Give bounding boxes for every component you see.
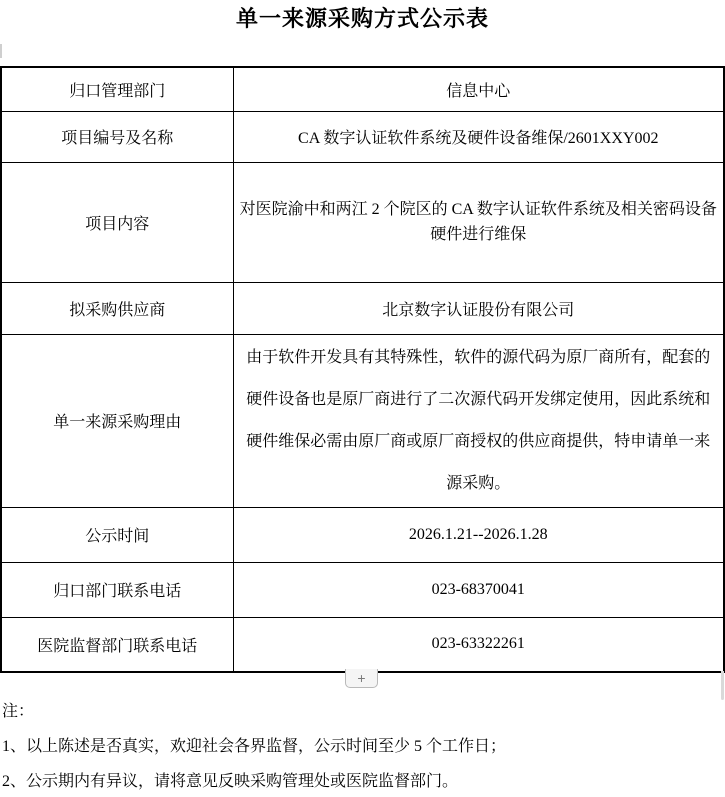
table-row: 公示时间 2026.1.21--2026.1.28 (1, 507, 724, 562)
row-label-publicity-period[interactable]: 公示时间 (1, 507, 233, 562)
row-value-project-content[interactable]: 对医院渝中和两江 2 个院区的 CA 数字认证软件系统及相关密码设备硬件进行维保 (233, 162, 724, 282)
row-label-single-source-reason[interactable]: 单一来源采购理由 (1, 334, 233, 507)
add-row-button[interactable]: + (345, 669, 378, 688)
page-title[interactable]: 单一来源采购方式公示表 (0, 0, 725, 32)
table-row: 项目内容 对医院渝中和两江 2 个院区的 CA 数字认证软件系统及相关密码设备硬… (1, 162, 724, 282)
row-value-project-number-name[interactable]: CA 数字认证软件系统及硬件设备维保/2601XXY002 (233, 111, 724, 162)
row-value-proposed-supplier[interactable]: 北京数字认证股份有限公司 (233, 282, 724, 334)
procurement-table: 归口管理部门 信息中心 项目编号及名称 CA 数字认证软件系统及硬件设备维保/2… (0, 66, 725, 673)
notes-heading[interactable]: 注： (2, 694, 725, 729)
row-value-supervision-phone[interactable]: 023-63322261 (233, 617, 724, 672)
row-value-publicity-period[interactable]: 2026.1.21--2026.1.28 (233, 507, 724, 562)
plus-icon: + (357, 670, 365, 686)
row-value-single-source-reason[interactable]: 由于软件开发具有其特殊性，软件的源代码为原厂商所有，配套的硬件设备也是原厂商进行… (233, 334, 724, 507)
document-page: 单一来源采购方式公示表 归口管理部门 信息中心 项目编号及名称 CA 数字认证软… (0, 0, 725, 797)
table-row: 项目编号及名称 CA 数字认证软件系统及硬件设备维保/2601XXY002 (1, 111, 724, 162)
note-item-1[interactable]: 1、以上陈述是否真实，欢迎社会各界监督，公示时间至少 5 个工作日； (2, 729, 725, 764)
table-row: 医院监督部门联系电话 023-63322261 (1, 617, 724, 672)
row-value-managing-department[interactable]: 信息中心 (233, 67, 724, 111)
row-label-department-phone[interactable]: 归口部门联系电话 (1, 562, 233, 617)
table-row: 单一来源采购理由 由于软件开发具有其特殊性，软件的源代码为原厂商所有，配套的硬件… (1, 334, 724, 507)
table-resize-handle[interactable] (721, 671, 724, 700)
text-cursor-artifact (0, 44, 2, 58)
table-row: 归口部门联系电话 023-68370041 (1, 562, 724, 617)
table-row: 归口管理部门 信息中心 (1, 67, 724, 111)
row-label-project-content[interactable]: 项目内容 (1, 162, 233, 282)
note-item-2[interactable]: 2、公示期内有异议，请将意见反映采购管理处或医院监督部门。 (2, 764, 725, 797)
notes-section: 注： 1、以上陈述是否真实，欢迎社会各界监督，公示时间至少 5 个工作日； 2、… (0, 694, 725, 797)
row-label-proposed-supplier[interactable]: 拟采购供应商 (1, 282, 233, 334)
table-row: 拟采购供应商 北京数字认证股份有限公司 (1, 282, 724, 334)
row-label-project-number-name[interactable]: 项目编号及名称 (1, 111, 233, 162)
row-label-managing-department[interactable]: 归口管理部门 (1, 67, 233, 111)
row-label-supervision-phone[interactable]: 医院监督部门联系电话 (1, 617, 233, 672)
row-value-department-phone[interactable]: 023-68370041 (233, 562, 724, 617)
